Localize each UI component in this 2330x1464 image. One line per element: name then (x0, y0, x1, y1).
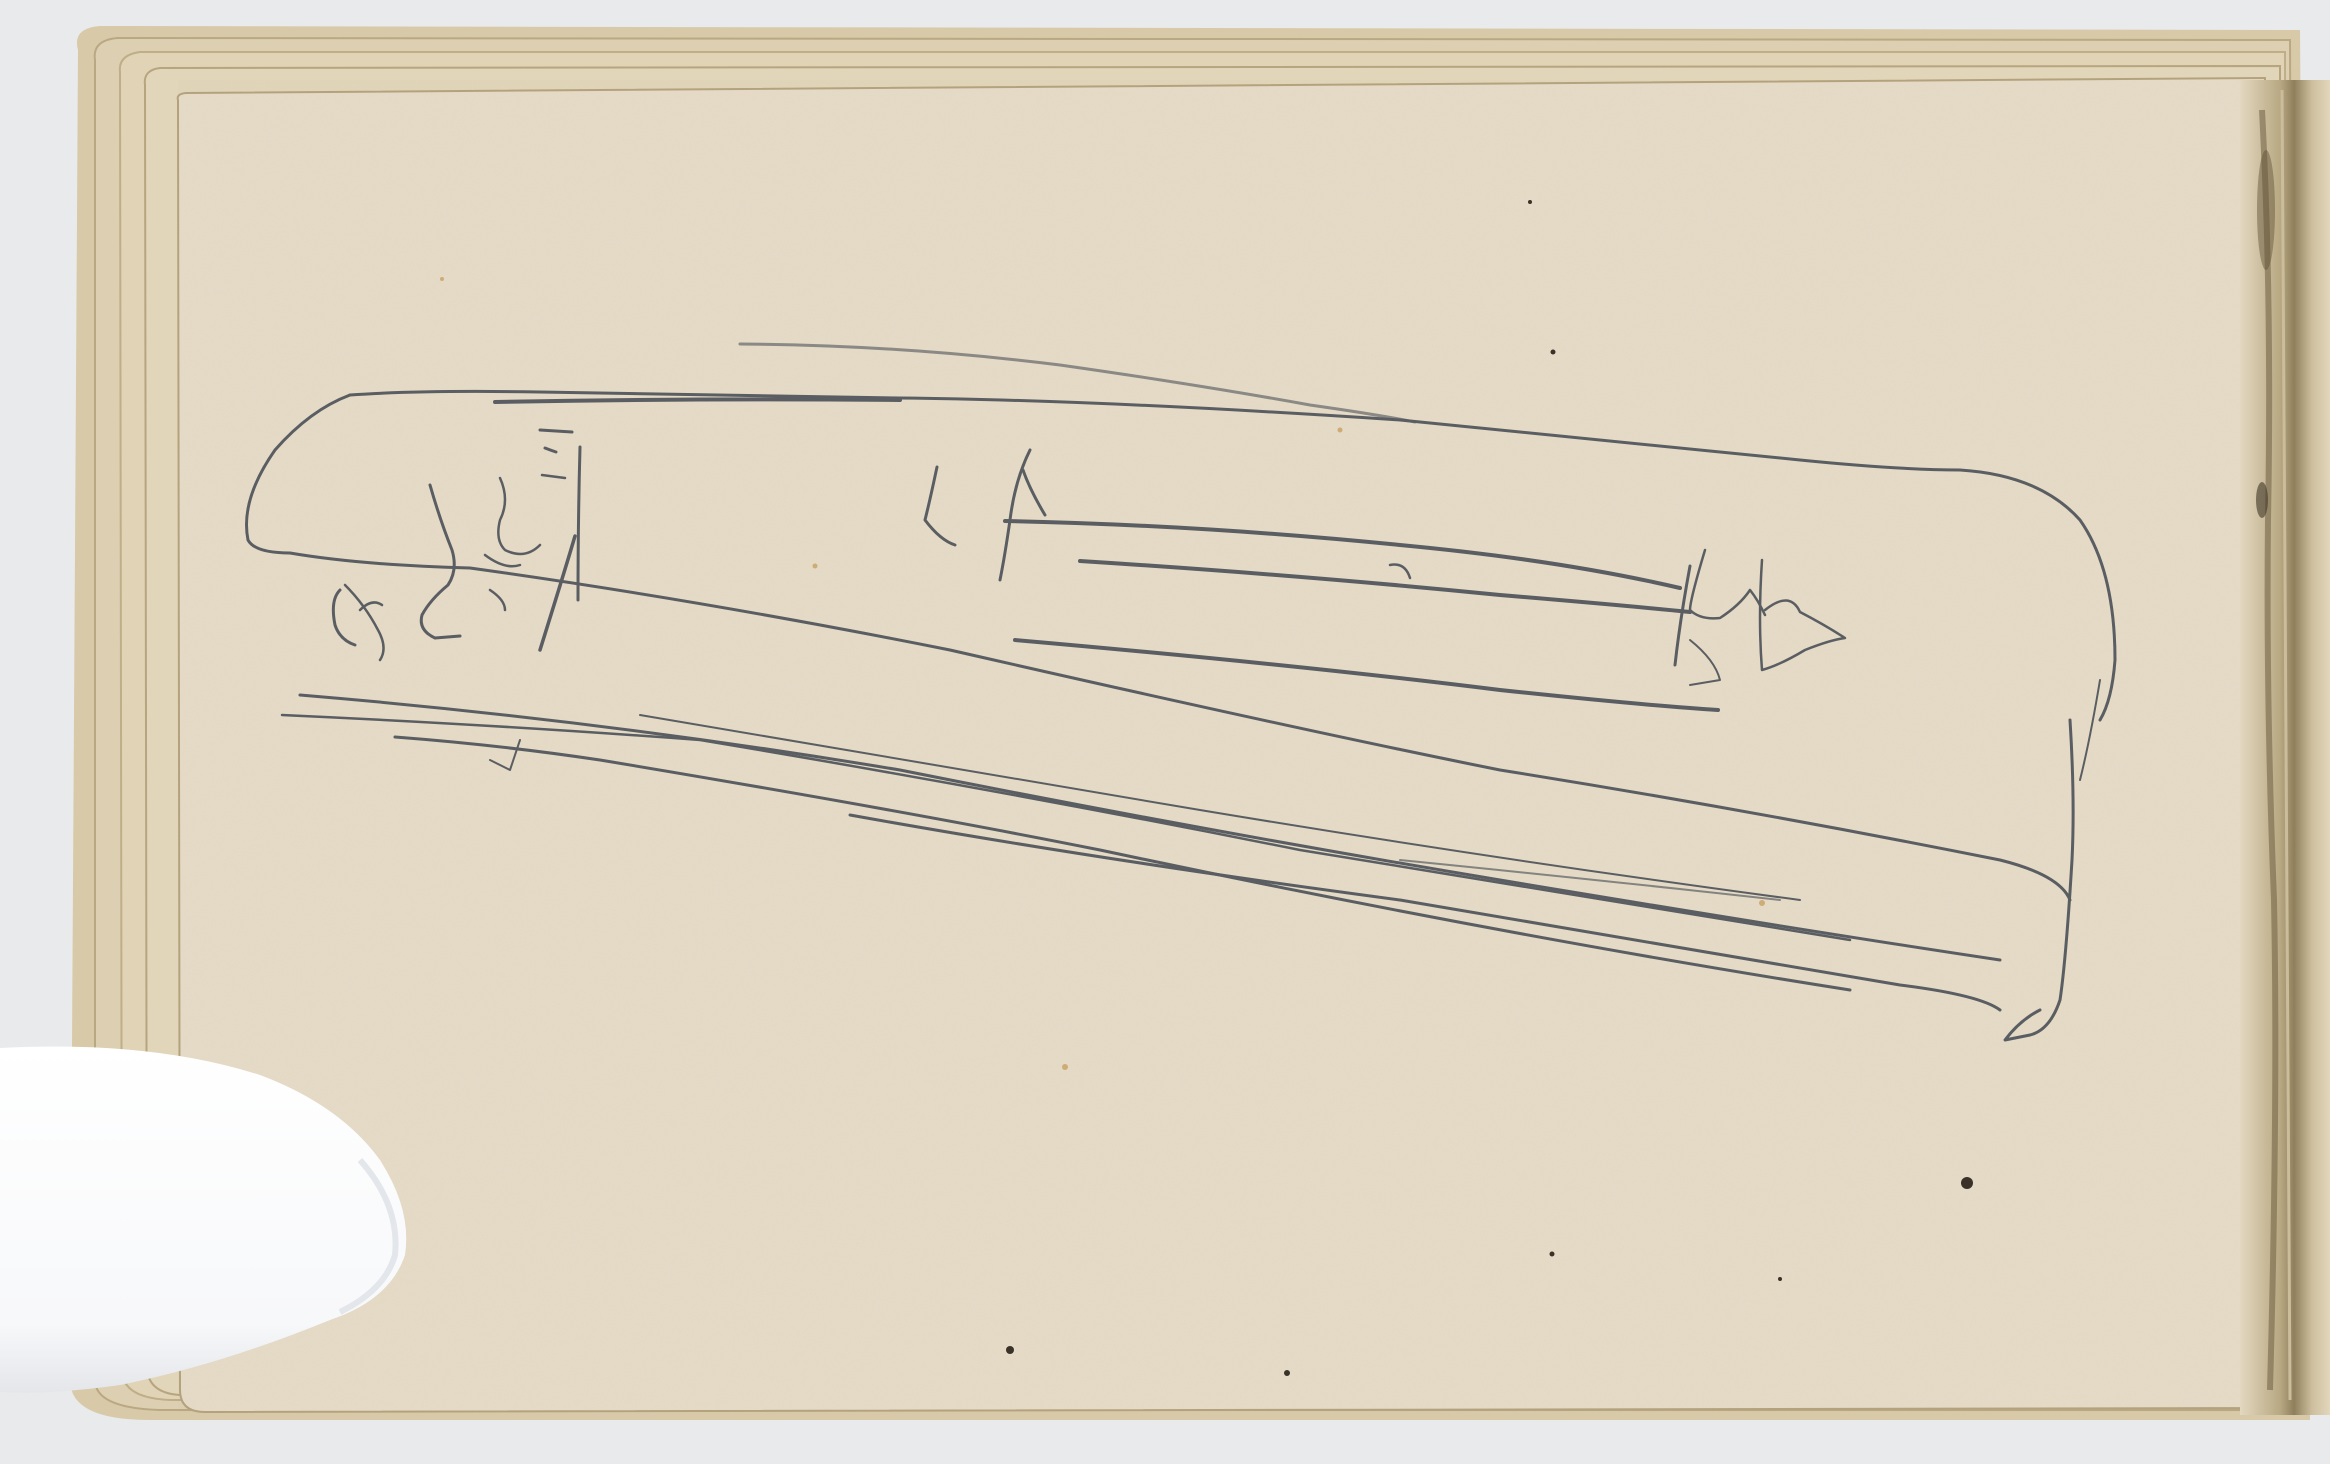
sketchbook-scan (0, 0, 2330, 1464)
book-spine (2240, 80, 2330, 1415)
